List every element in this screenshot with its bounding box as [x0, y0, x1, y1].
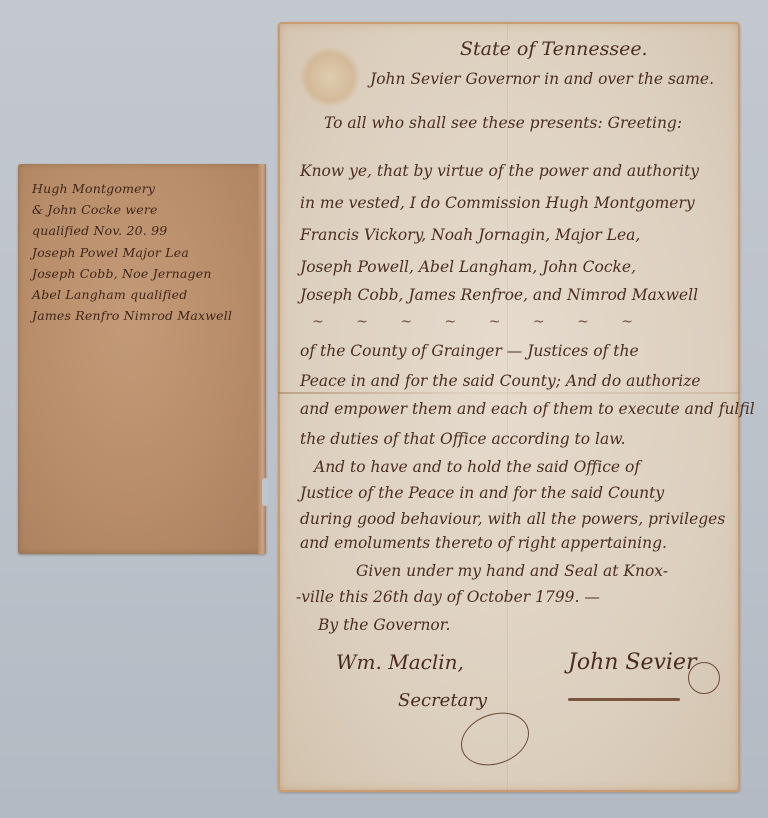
docket-line: Joseph Powel Major Lea — [32, 242, 258, 263]
governor-signature: John Sevier — [568, 650, 697, 675]
document-subheading: John Sevier Governor in and over the sam… — [370, 70, 714, 88]
docket-line: James Renfro Nimrod Maxwell — [32, 305, 258, 326]
filler-dashes: ~ ~ ~ ~ ~ ~ ~ ~ — [312, 314, 647, 330]
docket-line: Abel Langham qualified — [32, 284, 258, 305]
body-line: Peace in and for the said County; And do… — [300, 372, 701, 390]
document-heading: State of Tennessee. — [460, 38, 648, 60]
body-line: during good behaviour, with all the powe… — [300, 510, 725, 528]
wax-seal-stain — [300, 47, 360, 107]
docket-text: Hugh Montgomery & John Cocke were qualif… — [32, 178, 258, 326]
body-line: and emoluments thereto of right appertai… — [300, 534, 667, 552]
body-line: the duties of that Office according to l… — [300, 430, 626, 448]
docket-line: Joseph Cobb, Noe Jernagen — [32, 263, 258, 284]
commission-document: State of Tennessee. John Sevier Governor… — [278, 22, 740, 792]
signature-underline — [568, 698, 680, 701]
docket-torn-notch — [262, 478, 268, 506]
body-line: Francis Vickory, Noah Jornagin, Major Le… — [300, 226, 640, 244]
body-line: in me vested, I do Commission Hugh Montg… — [300, 194, 695, 212]
body-line: Given under my hand and Seal at Knox- — [356, 562, 668, 580]
body-line: Justice of the Peace in and for the said… — [300, 484, 664, 502]
secretary-title: Secretary — [398, 690, 487, 711]
body-line: Joseph Powell, Abel Langham, John Cocke, — [300, 258, 636, 276]
body-line: -ville this 26th day of October 1799. — — [296, 588, 600, 606]
body-line: By the Governor. — [318, 616, 450, 634]
body-line: Know ye, that by virtue of the power and… — [300, 162, 699, 180]
body-line: Joseph Cobb, James Renfroe, and Nimrod M… — [300, 286, 698, 304]
secretary-signature: Wm. Maclin, — [336, 650, 464, 674]
body-line: and empower them and each of them to exe… — [300, 400, 755, 418]
signature-flourish — [688, 662, 720, 694]
docket-line: Hugh Montgomery — [32, 178, 258, 199]
docket-line: qualified Nov. 20. 99 — [32, 220, 258, 241]
signature-flourish — [454, 704, 537, 775]
horizontal-fold-line — [278, 392, 740, 394]
body-line: of the County of Grainger — Justices of … — [300, 342, 639, 360]
docket-line: & John Cocke were — [32, 199, 258, 220]
salutation: To all who shall see these presents: Gre… — [324, 114, 682, 132]
folded-docket: Hugh Montgomery & John Cocke were qualif… — [18, 164, 266, 554]
body-line: And to have and to hold the said Office … — [314, 458, 640, 476]
